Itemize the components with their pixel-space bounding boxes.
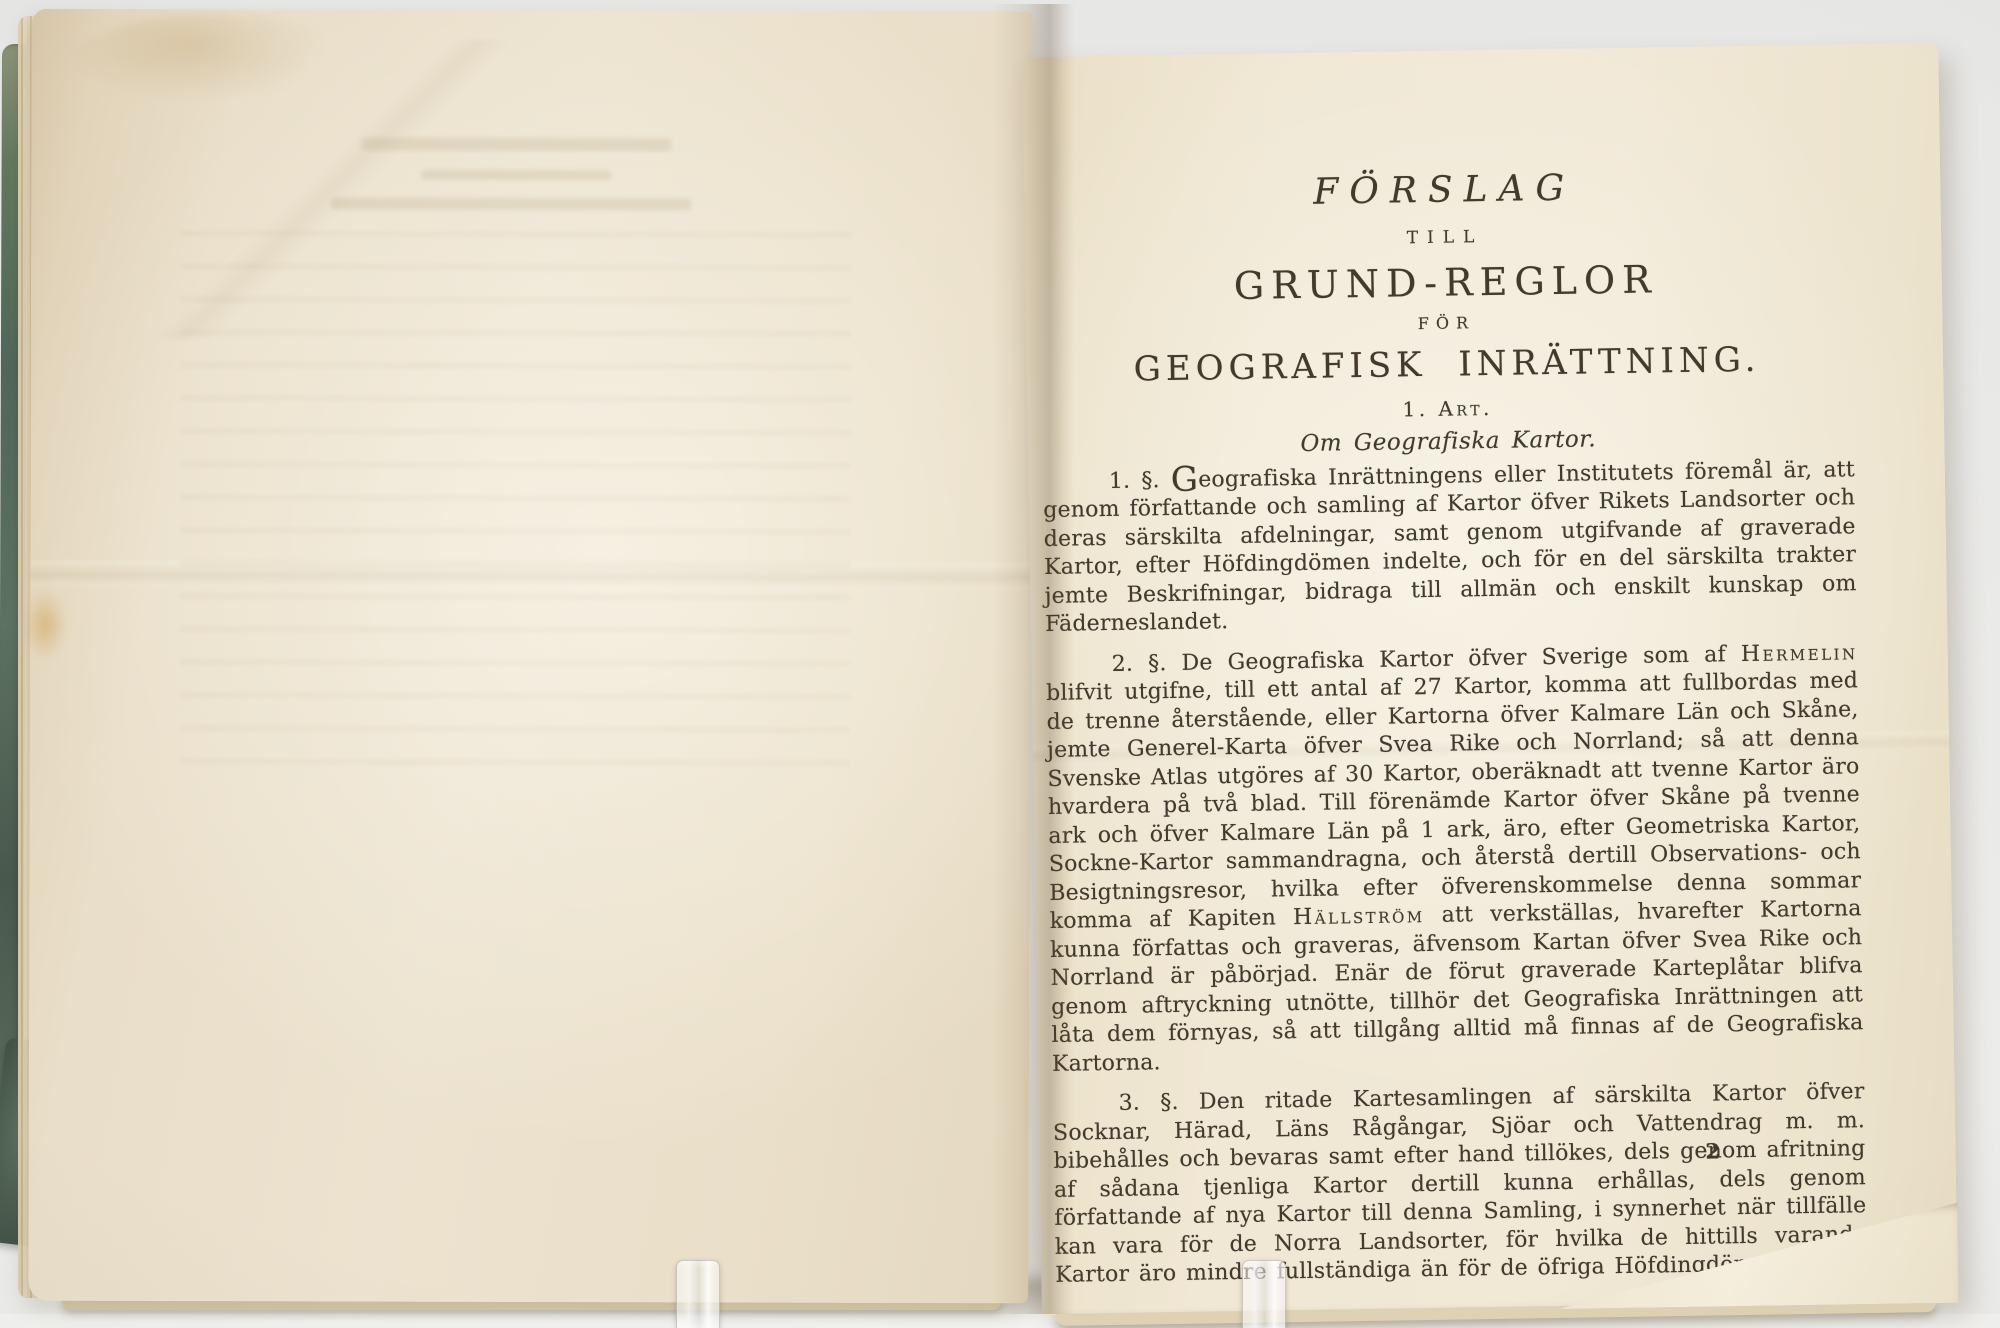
ink-showthrough xyxy=(361,138,671,152)
paragraph-1: 1. §. Geografiska Inrättningens eller In… xyxy=(1043,456,1858,640)
title-grund-reglor: GRUND-REGLOR xyxy=(1039,254,1852,312)
title-for: FÖR xyxy=(1040,307,1852,339)
title-forslag: FÖRSLAG xyxy=(1038,162,1851,218)
display-stand-right xyxy=(1242,1260,1286,1328)
printed-text-column: FÖRSLAG TILL GRUND-REGLOR FÖR GEOGRAFISK… xyxy=(1036,44,1868,1315)
section-heading: Om Geografiska Kartor. xyxy=(1042,422,1854,462)
article-heading: 1. Art. xyxy=(1042,390,1854,427)
left-page-blank xyxy=(28,9,1031,1304)
page-number: 2 xyxy=(1705,1138,1721,1163)
ink-showthrough xyxy=(331,197,691,210)
right-page: FÖRSLAG TILL GRUND-REGLOR FÖR GEOGRAFISK… xyxy=(1022,43,1958,1315)
title-till: TILL xyxy=(1039,221,1851,254)
title-geografisk-inrattning: GEOGRAFISK INRÄTTNING. xyxy=(1041,339,1854,393)
paragraph-3: 3. §. Den ritade Kartesamlingen af särsk… xyxy=(1052,1078,1867,1290)
display-stand-left xyxy=(676,1260,720,1328)
paper-stain xyxy=(16,579,74,671)
photo-backdrop: FÖRSLAG TILL GRUND-REGLOR FÖR GEOGRAFISK… xyxy=(0,0,2000,1328)
ink-showthrough xyxy=(421,170,611,180)
paragraph-2: 2. §. De Geografiska Kartor öfver Sverig… xyxy=(1046,639,1865,1079)
ink-showthrough xyxy=(180,209,851,771)
